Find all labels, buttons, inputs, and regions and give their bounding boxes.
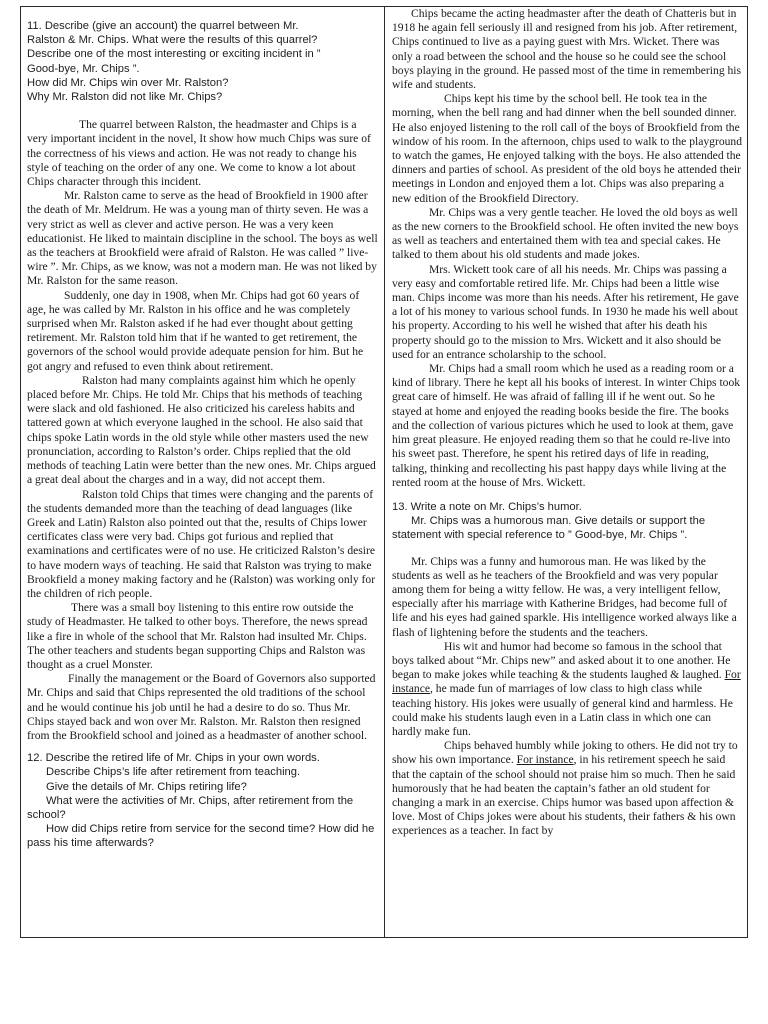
question-12: 12. Describe the retired life of Mr. Chi… <box>27 751 379 850</box>
underlined-phrase: For instance <box>517 753 574 766</box>
answer-paragraph: Mr. Chips was a very gentle teacher. He … <box>392 206 743 263</box>
answer-paragraph: Mr. Chips was a funny and humorous man. … <box>392 555 743 640</box>
answer-paragraph: Suddenly, one day in 1908, when Mr. Chip… <box>27 289 379 374</box>
question-line: Ralston & Mr. Chips. What were the resul… <box>27 33 379 47</box>
question-11: 11. Describe (give an account) the quarr… <box>27 19 379 104</box>
question-line: Give the details of Mr. Chips retiring l… <box>27 780 379 794</box>
answer-paragraph: Chips behaved humbly while joking to oth… <box>392 739 743 838</box>
column-divider <box>384 7 385 937</box>
question-line: Why Mr. Ralston did not like Mr. Chips? <box>27 90 379 104</box>
question-line: 11. Describe (give an account) the quarr… <box>27 19 379 33</box>
question-13: 13. Write a note on Mr. Chips’s humor. M… <box>392 500 743 543</box>
right-column: Chips became the acting headmaster after… <box>386 7 747 937</box>
question-line: 12. Describe the retired life of Mr. Chi… <box>27 751 379 765</box>
document-page: 11. Describe (give an account) the quarr… <box>20 6 748 938</box>
answer-paragraph: There was a small boy listening to this … <box>27 601 379 672</box>
answer-paragraph: Mr. Chips had a small room which he used… <box>392 362 743 490</box>
question-line: Describe Chips’s life after retirement f… <box>27 765 379 779</box>
answer-paragraph: Ralston told Chips that times were chang… <box>27 488 379 602</box>
paragraph-text: His wit and humor had become so famous i… <box>392 640 730 681</box>
paragraph-text: , he made fun of marriages of low class … <box>392 682 733 738</box>
answer-paragraph: Chips kept his time by the school bell. … <box>392 92 743 206</box>
answer-paragraph: His wit and humor had become so famous i… <box>392 640 743 739</box>
answer-paragraph: Finally the management or the Board of G… <box>27 672 379 743</box>
answer-paragraph: Mrs. Wickett took care of all his needs.… <box>392 263 743 362</box>
question-line: How did Chips retire from service for th… <box>27 822 379 850</box>
question-line: 13. Write a note on Mr. Chips’s humor. <box>392 500 743 514</box>
question-line: How did Mr. Chips win over Mr. Ralston? <box>27 76 379 90</box>
question-line: Good-bye, Mr. Chips ”. <box>27 62 379 76</box>
question-line: What were the activities of Mr. Chips, a… <box>27 794 379 822</box>
answer-paragraph: Mr. Ralston came to serve as the head of… <box>27 189 379 288</box>
question-line: Mr. Chips was a humorous man. Give detai… <box>392 514 743 542</box>
answer-paragraph: The quarrel between Ralston, the headmas… <box>27 118 379 189</box>
left-column: 11. Describe (give an account) the quarr… <box>21 7 384 937</box>
answer-paragraph: Ralston had many complaints against him … <box>27 374 379 488</box>
question-line: Describe one of the most interesting or … <box>27 47 379 61</box>
answer-paragraph: Chips became the acting headmaster after… <box>392 7 743 92</box>
